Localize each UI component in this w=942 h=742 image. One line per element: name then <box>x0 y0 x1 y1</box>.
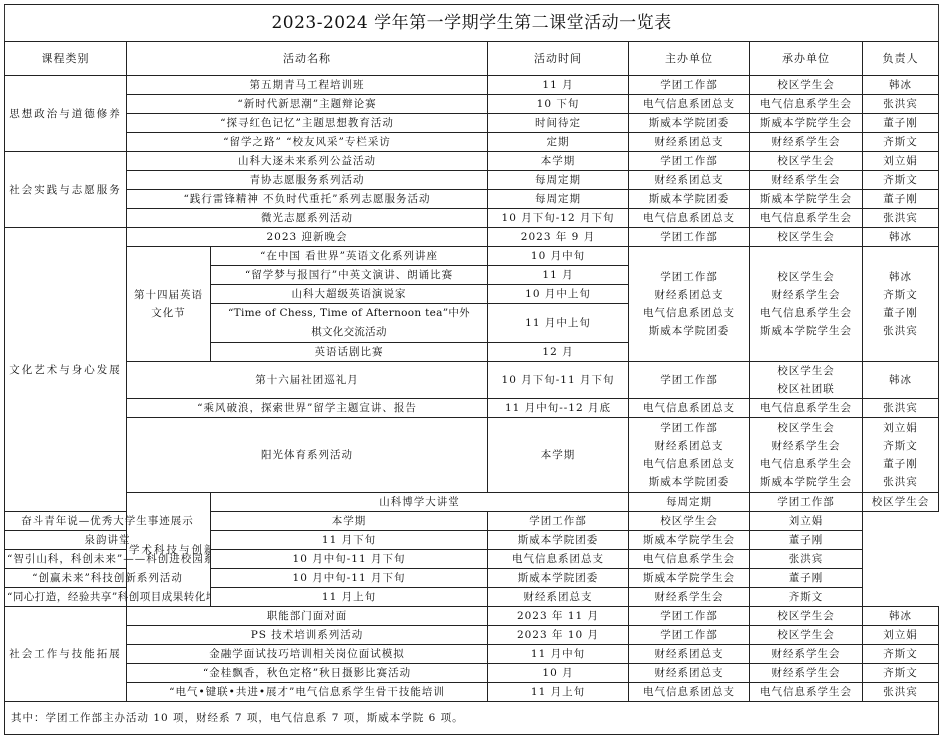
host-line: 学团工作部 <box>631 268 747 286</box>
activity-time: 10 月下旬-11 月下旬 <box>488 362 629 399</box>
activity-organizer: 校区学生会 <box>863 493 939 512</box>
activity-host: 学团工作部 <box>629 228 750 247</box>
table-row: “智引山科，科创未来”——科创进校园系列活动 10 月中旬-11 月下旬 电气信… <box>5 550 939 569</box>
activity-time: 本学期 <box>488 152 629 171</box>
activity-time: 本学期 <box>488 418 629 493</box>
activity-host: 电气信息系团总支 <box>629 95 750 114</box>
activity-time: 11 月上旬 <box>211 588 488 607</box>
name-line: “Time of Chess, Time of Afternoon tea”中外 <box>213 304 485 323</box>
table-row: 金融学面试技巧培训相关岗位面试模拟 11 月中旬 财经系团总支 财经系学生会 齐… <box>5 645 939 664</box>
activity-time: 10 下旬 <box>488 95 629 114</box>
activity-person: 齐斯文 <box>863 664 939 683</box>
festival-persons: 韩冰 齐斯文 董子刚 张洪宾 <box>863 247 939 362</box>
table-row: “留学之路” “校友风采”专栏采访 定期 财经系团总支 财经系学生会 齐斯文 <box>5 133 939 152</box>
activity-person: 张洪宾 <box>863 399 939 418</box>
table-row: 第十六届社团巡礼月 10 月下旬-11 月下旬 学团工作部 校区学生会 校区社团… <box>5 362 939 399</box>
activity-time: 定期 <box>488 133 629 152</box>
name-line: 棋文化交流活动 <box>213 323 485 342</box>
activity-name: “创赢未来”科技创新系列活动 <box>5 569 211 588</box>
category-skills: 社会工作与技能拓展 <box>5 607 127 702</box>
host-line: 斯威本学院团委 <box>631 322 747 340</box>
activity-organizer: 斯威本学院学生会 <box>629 531 750 550</box>
activity-time: 11 月中上旬 <box>488 304 629 343</box>
activity-person: 韩冰 <box>863 228 939 247</box>
table-row: 文化艺术与身心发展 2023 迎新晚会 2023 年 9 月 学团工作部 校区学… <box>5 228 939 247</box>
activity-organizer: 财经系学生会 <box>629 588 750 607</box>
activity-name: 山科大超级英语演说家 <box>211 285 488 304</box>
activity-host: 斯威本学院团委 <box>488 569 629 588</box>
activity-time: 每周定期 <box>629 493 750 512</box>
activity-name: 第十六届社团巡礼月 <box>127 362 488 399</box>
activity-organizer: 电气信息系学生会 <box>750 683 863 702</box>
activity-name: “留学之路” “校友风采”专栏采访 <box>127 133 488 152</box>
person-line: 张洪宾 <box>865 322 936 340</box>
activity-time: 10 月下旬-12 月下旬 <box>488 209 629 228</box>
activity-organizer: 财经系学生会 <box>750 645 863 664</box>
summary-note: 其中：学团工作部主办活动 10 项，财经系 7 项，电气信息系 7 项，斯威本学… <box>5 702 939 735</box>
activity-person: 刘立娟 <box>750 512 863 531</box>
activity-time: 2023 年 11 月 <box>488 607 629 626</box>
person-line: 董子刚 <box>865 455 936 473</box>
activity-host: 财经系团总支 <box>629 645 750 664</box>
activity-organizer: 校区学生会 <box>629 512 750 531</box>
category-ideology: 思想政治与道德修养 <box>5 76 127 152</box>
table-title: 2023-2024 学年第一学期学生第二课堂活动一览表 <box>5 5 939 42</box>
table-row: 阳光体育系列活动 本学期 学团工作部 财经系团总支 电气信息系团总支 斯威本学院… <box>5 418 939 493</box>
organizer-line: 电气信息系学生会 <box>752 304 860 322</box>
organizer-line: 校区学生会 <box>752 268 860 286</box>
activity-name: 英语话剧比赛 <box>211 343 488 362</box>
person-line: 齐斯文 <box>865 437 936 455</box>
activity-name: 金融学面试技巧培训相关岗位面试模拟 <box>127 645 488 664</box>
table-row: PS 技术培训系列活动 2023 年 10 月 学团工作部 校区学生会 刘立娟 <box>5 626 939 645</box>
activity-organizer: 电气信息系学生会 <box>750 95 863 114</box>
activity-time: 10 月中上旬 <box>488 285 629 304</box>
category-volunteer: 社会实践与志愿服务 <box>5 152 127 228</box>
host-line: 财经系团总支 <box>631 286 747 304</box>
activity-name: 微光志愿系列活动 <box>127 209 488 228</box>
activity-host: 斯威本学院团委 <box>629 114 750 133</box>
activity-organizer: 校区学生会 <box>750 76 863 95</box>
activity-time: 11 月下旬 <box>211 531 488 550</box>
activity-name: “金桂飘香，秋色定格”秋日摄影比赛活动 <box>127 664 488 683</box>
organizer-line: 财经系学生会 <box>752 286 860 304</box>
header-name: 活动名称 <box>127 42 488 76</box>
activity-person: 齐斯文 <box>863 645 939 664</box>
activity-person: 刘立娟 <box>863 152 939 171</box>
activity-persons: 刘立娟 齐斯文 董子刚 张洪宾 <box>863 418 939 493</box>
activity-organizer: 校区学生会 <box>750 228 863 247</box>
activity-name: “同心打造，经验共享”科创项目成果转化培训暨研途经验分享会 <box>5 588 211 607</box>
table-row: 奋斗青年说—优秀大学生事迹展示 本学期 学团工作部 校区学生会 刘立娟 <box>5 512 939 531</box>
activity-name: PS 技术培训系列活动 <box>127 626 488 645</box>
organizer-line: 斯威本学院学生会 <box>752 473 860 491</box>
activity-host: 学团工作部 <box>629 607 750 626</box>
activity-organizer: 电气信息系学生会 <box>750 209 863 228</box>
person-line: 董子刚 <box>865 304 936 322</box>
table-row: 微光志愿系列活动 10 月下旬-12 月下旬 电气信息系团总支 电气信息系学生会… <box>5 209 939 228</box>
table-row: “新时代新思潮”主题辩论赛 10 下旬 电气信息系团总支 电气信息系学生会 张洪… <box>5 95 939 114</box>
activity-host: 财经系团总支 <box>488 588 629 607</box>
header-organizer: 承办单位 <box>750 42 863 76</box>
activity-person: 董子刚 <box>863 190 939 209</box>
header-row: 课程类别 活动名称 活动时间 主办单位 承办单位 负责人 <box>5 42 939 76</box>
activity-organizer: 斯威本学院学生会 <box>750 190 863 209</box>
activity-person: 张洪宾 <box>863 209 939 228</box>
activity-name: 山科博学大讲堂 <box>211 493 629 512</box>
activity-organizer: 财经系学生会 <box>750 171 863 190</box>
activity-time: 10 月 <box>488 664 629 683</box>
activity-organizer: 财经系学生会 <box>750 133 863 152</box>
activity-organizer: 斯威本学院学生会 <box>750 114 863 133</box>
activity-name: 山科大逐未来系列公益活动 <box>127 152 488 171</box>
activity-host: 学团工作部 <box>629 362 750 399</box>
host-line: 斯威本学院团委 <box>631 473 747 491</box>
person-line: 韩冰 <box>865 268 936 286</box>
organizer-line: 斯威本学院学生会 <box>752 322 860 340</box>
activity-organizer: 电气信息系学生会 <box>629 550 750 569</box>
activity-name: 职能部门面对面 <box>127 607 488 626</box>
table-row: 思想政治与道德修养 第五期青马工程培训班 11 月 学团工作部 校区学生会 韩冰 <box>5 76 939 95</box>
activity-time: 2023 年 10 月 <box>488 626 629 645</box>
organizer-line: 校区学生会 <box>752 362 860 380</box>
activity-organizer: 校区学生会 <box>750 607 863 626</box>
activity-host: 财经系团总支 <box>629 133 750 152</box>
festival-organizers: 校区学生会 财经系学生会 电气信息系学生会 斯威本学院学生会 <box>750 247 863 362</box>
activity-name: “Time of Chess, Time of Afternoon tea”中外… <box>211 304 488 343</box>
activity-name: “践行雷锋精神 不负时代重托”系列志愿服务活动 <box>127 190 488 209</box>
table-row: “金桂飘香，秋色定格”秋日摄影比赛活动 10 月 财经系团总支 财经系学生会 齐… <box>5 664 939 683</box>
table-row: 社会实践与志愿服务 山科大逐未来系列公益活动 本学期 学团工作部 校区学生会 刘… <box>5 152 939 171</box>
activity-host: 电气信息系团总支 <box>488 550 629 569</box>
category-culture: 文化艺术与身心发展 <box>5 228 127 512</box>
activity-host: 学团工作部 <box>488 512 629 531</box>
activity-time: 每周定期 <box>488 171 629 190</box>
activity-person: 董子刚 <box>863 114 939 133</box>
organizer-line: 财经系学生会 <box>752 437 860 455</box>
activity-host: 斯威本学院团委 <box>629 190 750 209</box>
table-row: “乘风破浪，探索世界”留学主题宣讲、报告 11 月中旬--12 月底 电气信息系… <box>5 399 939 418</box>
host-line: 电气信息系团总支 <box>631 304 747 322</box>
table-row: 第十四届英语 文化节 “在中国 看世界”英语文化系列讲座 10 月中旬 学团工作… <box>5 247 939 266</box>
activity-host: 电气信息系团总支 <box>629 209 750 228</box>
activity-organizer: 财经系学生会 <box>750 664 863 683</box>
activity-time: 10 月中旬 <box>488 247 629 266</box>
host-line: 电气信息系团总支 <box>631 455 747 473</box>
activity-person: 齐斯文 <box>863 171 939 190</box>
activity-time: 12 月 <box>488 343 629 362</box>
table-row: 社会工作与技能拓展 职能部门面对面 2023 年 11 月 学团工作部 校区学生… <box>5 607 939 626</box>
activity-time: 11 月中旬 <box>488 645 629 664</box>
activity-host: 学团工作部 <box>629 626 750 645</box>
table-row: “践行雷锋精神 不负时代重托”系列志愿服务活动 每周定期 斯威本学院团委 斯威本… <box>5 190 939 209</box>
activity-table: 2023-2024 学年第一学期学生第二课堂活动一览表 课程类别 活动名称 活动… <box>4 4 939 735</box>
activity-host: 学团工作部 <box>629 152 750 171</box>
activity-time: 2023 年 9 月 <box>488 228 629 247</box>
activity-name: 第五期青马工程培训班 <box>127 76 488 95</box>
activity-person: 刘立娟 <box>863 626 939 645</box>
activity-name: “乘风破浪，探索世界”留学主题宣讲、报告 <box>127 399 488 418</box>
activity-organizer: 斯威本学院学生会 <box>629 569 750 588</box>
host-line: 学团工作部 <box>631 419 747 437</box>
activity-time: 11 月 <box>488 266 629 285</box>
table-row: “电气•键联•共进•展才”电气信息系学生骨干技能培训 11 月上旬 电气信息系团… <box>5 683 939 702</box>
header-person: 负责人 <box>863 42 939 76</box>
header-category: 课程类别 <box>5 42 127 76</box>
english-festival-label: 第十四届英语 文化节 <box>127 247 211 362</box>
activity-person: 齐斯文 <box>863 133 939 152</box>
activity-organizers: 校区学生会 财经系学生会 电气信息系学生会 斯威本学院学生会 <box>750 418 863 493</box>
activity-person: 董子刚 <box>750 531 863 550</box>
host-line: 财经系团总支 <box>631 437 747 455</box>
footer-row: 其中：学团工作部主办活动 10 项，财经系 7 项，电气信息系 7 项，斯威本学… <box>5 702 939 735</box>
activity-hosts: 学团工作部 财经系团总支 电气信息系团总支 斯威本学院团委 <box>629 418 750 493</box>
header-time: 活动时间 <box>488 42 629 76</box>
activity-time: 本学期 <box>211 512 488 531</box>
activity-name: 青协志愿服务系列活动 <box>127 171 488 190</box>
activity-time: 时间待定 <box>488 114 629 133</box>
activity-time: 10 月中旬-11 月下旬 <box>211 569 488 588</box>
activity-organizer: 校区学生会 <box>750 626 863 645</box>
activity-name: “智引山科，科创未来”——科创进校园系列活动 <box>5 550 211 569</box>
organizer-line: 校区学生会 <box>752 419 860 437</box>
table-row: 学术科技与创新创业 山科博学大讲堂 每周定期 学团工作部 校区学生会 刘立娟 <box>5 493 939 512</box>
header-host: 主办单位 <box>629 42 750 76</box>
festival-label-line: 文化节 <box>129 304 208 322</box>
person-line: 齐斯文 <box>865 286 936 304</box>
activity-person: 齐斯文 <box>750 588 863 607</box>
activity-host: 电气信息系团总支 <box>629 399 750 418</box>
activity-time: 10 月中旬-11 月下旬 <box>211 550 488 569</box>
person-line: 张洪宾 <box>865 473 936 491</box>
organizer-line: 校区社团联 <box>752 380 860 398</box>
activity-person: 张洪宾 <box>750 550 863 569</box>
activity-person: 张洪宾 <box>863 95 939 114</box>
person-line: 刘立娟 <box>865 419 936 437</box>
activity-person: 董子刚 <box>750 569 863 588</box>
activity-name: “新时代新思潮”主题辩论赛 <box>127 95 488 114</box>
activity-person: 张洪宾 <box>863 683 939 702</box>
table-row: “创赢未来”科技创新系列活动 10 月中旬-11 月下旬 斯威本学院团委 斯威本… <box>5 569 939 588</box>
activity-name: “探寻红色记忆”主题思想教育活动 <box>127 114 488 133</box>
activity-organizer: 电气信息系学生会 <box>750 399 863 418</box>
activity-host: 斯威本学院团委 <box>488 531 629 550</box>
activity-name: 2023 迎新晚会 <box>127 228 488 247</box>
activity-time: 11 月 <box>488 76 629 95</box>
table-row: “探寻红色记忆”主题思想教育活动 时间待定 斯威本学院团委 斯威本学院学生会 董… <box>5 114 939 133</box>
activity-name: 奋斗青年说—优秀大学生事迹展示 <box>5 512 211 531</box>
organizer-line: 电气信息系学生会 <box>752 455 860 473</box>
table-row: 青协志愿服务系列活动 每周定期 财经系团总支 财经系学生会 齐斯文 <box>5 171 939 190</box>
activity-schedule-document: 2023-2024 学年第一学期学生第二课堂活动一览表 课程类别 活动名称 活动… <box>4 4 938 735</box>
activity-name: “在中国 看世界”英语文化系列讲座 <box>211 247 488 266</box>
activity-time: 11 月上旬 <box>488 683 629 702</box>
activity-time: 11 月中旬--12 月底 <box>488 399 629 418</box>
activity-name: “电气•键联•共进•展才”电气信息系学生骨干技能培训 <box>127 683 488 702</box>
activity-person: 韩冰 <box>863 607 939 626</box>
activity-name: 阳光体育系列活动 <box>127 418 488 493</box>
activity-organizer: 校区学生会 <box>750 152 863 171</box>
activity-host: 电气信息系团总支 <box>629 683 750 702</box>
activity-host: 财经系团总支 <box>629 664 750 683</box>
table-row: “同心打造，经验共享”科创项目成果转化培训暨研途经验分享会 11 月上旬 财经系… <box>5 588 939 607</box>
activity-name: “留学梦与报国行”中英文演讲、朗诵比赛 <box>211 266 488 285</box>
activity-host: 学团工作部 <box>750 493 863 512</box>
festival-hosts: 学团工作部 财经系团总支 电气信息系团总支 斯威本学院团委 <box>629 247 750 362</box>
activity-time: 每周定期 <box>488 190 629 209</box>
activity-host: 学团工作部 <box>629 76 750 95</box>
activity-person: 韩冰 <box>863 362 939 399</box>
activity-person: 韩冰 <box>863 76 939 95</box>
activity-organizer: 校区学生会 校区社团联 <box>750 362 863 399</box>
activity-host: 财经系团总支 <box>629 171 750 190</box>
festival-label-line: 第十四届英语 <box>129 286 208 304</box>
